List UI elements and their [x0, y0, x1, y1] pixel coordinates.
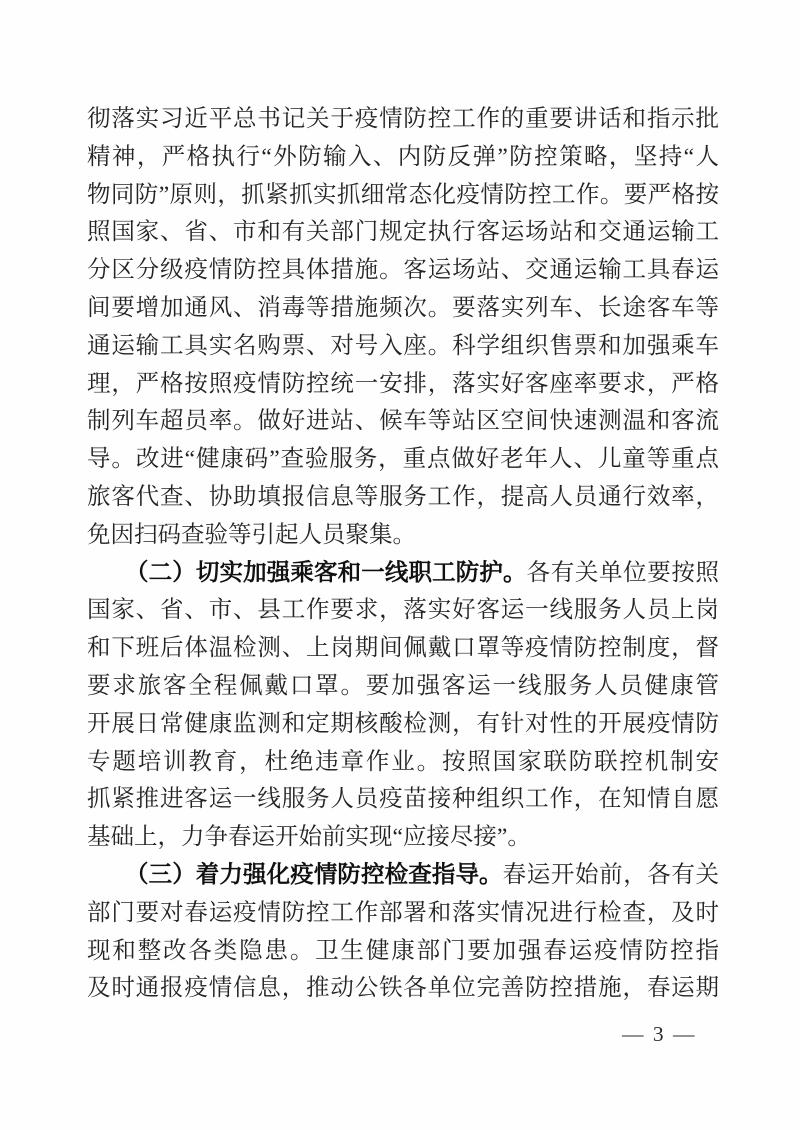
section-2-first-line: （二）切实加强乘客和一线职工防护。各有关单位要按照 [87, 555, 719, 593]
text-line: 精神，严格执行“外防输入、内防反弹”防控策略，坚持“人 [87, 139, 719, 177]
text-line: 部门要对春运疫情防控工作部署和落实情况进行检查，及时发 [87, 895, 719, 933]
text-line: 旅客代查、协助填报信息等服务工作，提高人员通行效率，避 [87, 479, 719, 517]
text-line: 及时通报疫情信息，推动公铁各单位完善防控措施，春运期间 [87, 970, 719, 1008]
document-page: 彻落实习近平总书记关于疫情防控工作的重要讲话和指示批示 精神，严格执行“外防输入… [0, 0, 800, 1130]
text-line: 彻落实习近平总书记关于疫情防控工作的重要讲话和指示批示 [87, 101, 719, 139]
section-2-heading: （二）切实加强乘客和一线职工防护。 [125, 560, 527, 586]
text-line: 免因扫码查验等引起人员聚集。 [87, 517, 719, 555]
text-line: 春运开始前，各有关 [503, 862, 719, 888]
section-3-heading: （三）着力强化疫情防控检查指导。 [125, 862, 503, 888]
section-3-first-line: （三）着力强化疫情防控检查指导。春运开始前，各有关 [87, 857, 719, 895]
text-line: 现和整改各类隐患。卫生健康部门要加强春运疫情防控指导， [87, 933, 719, 971]
text-line: 基础上，力争春运开始前实现“应接尽接”。 [87, 819, 719, 857]
text-line: 专题培训教育，杜绝违章作业。按照国家联防联控机制安排， [87, 744, 719, 782]
page-number: — 3 — [622, 1019, 697, 1049]
text-line: 照国家、省、市和有关部门规定执行客运场站和交通运输工具 [87, 214, 719, 252]
text-line: 要求旅客全程佩戴口罩。要加强客运一线服务人员健康管理， [87, 668, 719, 706]
text-line: 通运输工具实名购票、对号入座。科学组织售票和加强乘车管 [87, 328, 719, 366]
text-line: 物同防”原则，抓紧抓实抓细常态化疫情防控工作。要严格按 [87, 177, 719, 215]
text-line: 理，严格按照疫情防控统一安排，落实好客座率要求，严格控 [87, 366, 719, 404]
text-line: 国家、省、市、县工作要求，落实好客运一线服务人员上岗前 [87, 592, 719, 630]
document-text-block: 彻落实习近平总书记关于疫情防控工作的重要讲话和指示批示 精神，严格执行“外防输入… [87, 101, 719, 1008]
text-line: 和下班后体温检测、上岗期间佩戴口罩等疫情防控制度，督促 [87, 630, 719, 668]
text-line: 开展日常健康监测和定期核酸检测，有针对性的开展疫情防控 [87, 706, 719, 744]
text-line: 抓紧推进客运一线服务人员疫苗接种组织工作，在知情自愿的 [87, 781, 719, 819]
text-line: 间要增加通风、消毒等措施频次。要落实列车、长途客车等交 [87, 290, 719, 328]
text-line: 分区分级疫情防控具体措施。客运场站、交通运输工具春运期 [87, 252, 719, 290]
text-line: 导。改进“健康码”查验服务，重点做好老年人、儿童等重点 [87, 441, 719, 479]
text-line: 各有关单位要按照 [527, 560, 719, 586]
text-line: 制列车超员率。做好进站、候车等站区空间快速测温和客流引 [87, 403, 719, 441]
